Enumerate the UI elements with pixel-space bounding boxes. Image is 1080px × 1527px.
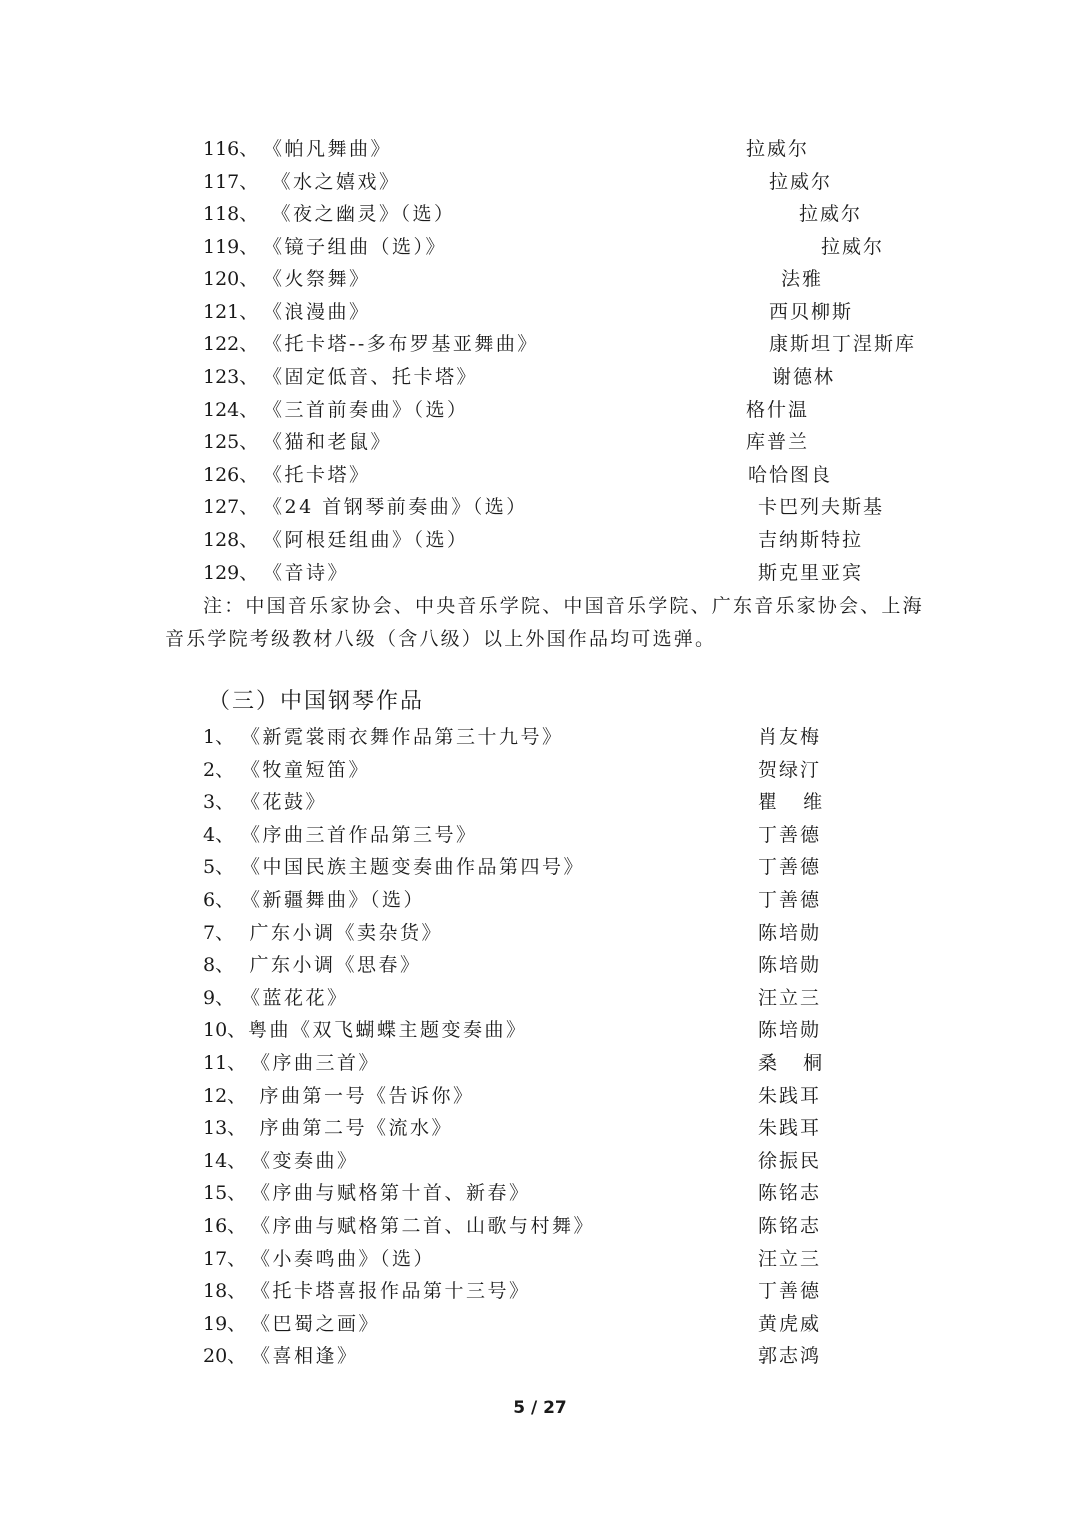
- work-title: 广东小调《思春》: [241, 949, 422, 981]
- work-title: 《猫和老鼠》: [263, 426, 392, 458]
- page-number: 5 / 27: [0, 1398, 1080, 1418]
- list-item: 6、 《新疆舞曲》（选） 丁善德: [203, 884, 239, 916]
- item-number: 15、: [203, 1177, 246, 1209]
- item-number: 118、: [203, 198, 258, 230]
- list-item: 12、 序曲第一号《告诉你》 朱践耳: [203, 1080, 239, 1112]
- composer-name: 丁善德: [758, 851, 821, 883]
- work-title: 《火祭舞》: [263, 263, 371, 295]
- composer-name: 格什温: [746, 394, 809, 426]
- composer-name: 卡巴列夫斯基: [758, 491, 884, 523]
- work-title: 《小奏鸣曲》（选）: [251, 1243, 435, 1275]
- work-title: 《镜子组曲（选）》: [263, 231, 447, 263]
- work-title: 序曲第二号《流水》: [251, 1112, 453, 1144]
- item-number: 120、: [203, 263, 258, 295]
- list-item: 15、 《序曲与赋格第十首、新春》 陈铭志: [203, 1177, 239, 1209]
- item-number: 4、: [203, 819, 234, 851]
- item-number: 119、: [203, 231, 258, 263]
- work-title: 《蓝花花》: [241, 982, 349, 1014]
- composer-name: 西贝柳斯: [769, 296, 853, 328]
- item-number: 117、: [203, 166, 258, 198]
- note-paragraph: 注：中国音乐家协会、中央音乐学院、中国音乐学院、广东音乐家协会、上海 音乐学院考…: [165, 590, 955, 656]
- list-item: 20、 《喜相逢》 郭志鸿: [203, 1340, 239, 1372]
- composer-name: 陈培勋: [758, 1014, 821, 1046]
- item-number: 125、: [203, 426, 258, 458]
- item-number: 8、: [203, 949, 234, 981]
- work-title: 《阿根廷组曲》（选）: [263, 524, 469, 556]
- item-number: 12、: [203, 1080, 246, 1112]
- work-title: 广东小调《卖杂货》: [241, 917, 443, 949]
- list-item: 14、 《变奏曲》 徐振民: [203, 1145, 239, 1177]
- item-number: 1、: [203, 721, 234, 753]
- list-item: 126、 《托卡塔》 哈恰图良: [203, 459, 239, 491]
- composer-name: 谢德林: [772, 361, 835, 393]
- list-item: 128、 《阿根廷组曲》（选） 吉纳斯特拉: [203, 524, 239, 556]
- composer-name: 法雅: [781, 263, 823, 295]
- work-title: 《固定低音、托卡塔》: [263, 361, 478, 393]
- work-title: 《新霓裳雨衣舞作品第三十九号》: [241, 721, 564, 753]
- list-item: 117、 《水之嬉戏》 拉威尔: [203, 166, 239, 198]
- item-number: 18、: [203, 1275, 246, 1307]
- list-item: 3、 《花鼓》 瞿 维: [203, 786, 239, 818]
- work-title: 《三首前奏曲》（选）: [263, 394, 469, 426]
- composer-name: 汪立三: [758, 1243, 821, 1275]
- composer-name: 拉威尔: [769, 166, 832, 198]
- list-item: 123、 《固定低音、托卡塔》 谢德林: [203, 361, 239, 393]
- item-number: 20、: [203, 1340, 246, 1372]
- item-number: 17、: [203, 1243, 246, 1275]
- work-title: 《新疆舞曲》（选）: [241, 884, 425, 916]
- item-number: 127、: [203, 491, 258, 523]
- composer-name: 拉威尔: [746, 133, 809, 165]
- work-title: 《序曲三首作品第三号》: [241, 819, 478, 851]
- composer-name: 丁善德: [758, 819, 821, 851]
- work-title: 《托卡塔喜报作品第十三号》: [251, 1275, 531, 1307]
- composer-name: 拉威尔: [821, 231, 884, 263]
- item-number: 9、: [203, 982, 234, 1014]
- item-number: 14、: [203, 1145, 246, 1177]
- work-title: 粤曲《双飞蝴蝶主题变奏曲》: [248, 1014, 528, 1046]
- composer-name: 斯克里亚宾: [758, 557, 863, 589]
- item-number: 2、: [203, 754, 234, 786]
- work-title: 《喜相逢》: [251, 1340, 359, 1372]
- composer-name: 丁善德: [758, 884, 821, 916]
- item-number: 6、: [203, 884, 234, 916]
- work-title: 《托卡塔》: [263, 459, 371, 491]
- item-number: 121、: [203, 296, 258, 328]
- list-item: 124、 《三首前奏曲》（选） 格什温: [203, 394, 239, 426]
- composer-name: 陈培勋: [758, 917, 821, 949]
- work-title: 《水之嬉戏》: [263, 166, 401, 198]
- work-title: 《夜之幽灵》（选）: [263, 198, 456, 230]
- composer-name: 汪立三: [758, 982, 821, 1014]
- list-item: 125、 《猫和老鼠》 库普兰: [203, 426, 239, 458]
- list-item: 127、 《24 首钢琴前奏曲》（选） 卡巴列夫斯基: [203, 491, 239, 523]
- composer-name: 库普兰: [746, 426, 809, 458]
- list-item: 122、 《托卡塔--多布罗基亚舞曲》 康斯坦丁涅斯库: [203, 328, 239, 360]
- list-item: 116、 《帕凡舞曲》 拉威尔: [203, 133, 239, 165]
- composer-name: 哈恰图良: [748, 459, 832, 491]
- composer-name: 桑 桐: [758, 1047, 824, 1079]
- section-heading: （三）中国钢琴作品: [208, 686, 424, 718]
- item-number: 5、: [203, 851, 234, 883]
- note-line-2: 音乐学院考级教材八级（含八级）以上外国作品均可选弹。: [165, 623, 955, 656]
- list-item: 8、 广东小调《思春》 陈培勋: [203, 949, 239, 981]
- item-number: 116、: [203, 133, 258, 165]
- composer-name: 郭志鸿: [758, 1340, 821, 1372]
- item-number: 124、: [203, 394, 258, 426]
- item-number: 7、: [203, 917, 234, 949]
- work-title: 《音诗》: [263, 557, 349, 589]
- item-number: 19、: [203, 1308, 246, 1340]
- item-number: 126、: [203, 459, 258, 491]
- work-title: 《巴蜀之画》: [251, 1308, 380, 1340]
- composer-name: 陈培勋: [758, 949, 821, 981]
- list-item: 129、 《音诗》 斯克里亚宾: [203, 557, 239, 589]
- item-number: 129、: [203, 557, 258, 589]
- list-item: 17、 《小奏鸣曲》（选） 汪立三: [203, 1243, 239, 1275]
- note-line-1: 注：中国音乐家协会、中央音乐学院、中国音乐学院、广东音乐家协会、上海: [165, 590, 955, 623]
- item-number: 16、: [203, 1210, 246, 1242]
- work-title: 《序曲三首》: [251, 1047, 380, 1079]
- list-item: 121、 《浪漫曲》 西贝柳斯: [203, 296, 239, 328]
- composer-name: 拉威尔: [799, 198, 862, 230]
- list-item: 4、 《序曲三首作品第三号》 丁善德: [203, 819, 239, 851]
- item-number: 13、: [203, 1112, 246, 1144]
- work-title: 《浪漫曲》: [263, 296, 371, 328]
- list-item: 11、 《序曲三首》 桑 桐: [203, 1047, 239, 1079]
- list-item: 2、 《牧童短笛》 贺绿汀: [203, 754, 239, 786]
- list-item: 16、 《序曲与赋格第二首、山歌与村舞》 陈铭志: [203, 1210, 239, 1242]
- composer-name: 丁善德: [758, 1275, 821, 1307]
- composer-name: 瞿 维: [758, 786, 824, 818]
- composer-name: 肖友梅: [758, 721, 821, 753]
- work-title: 《托卡塔--多布罗基亚舞曲》: [263, 328, 539, 360]
- composer-name: 朱践耳: [758, 1080, 821, 1112]
- item-number: 122、: [203, 328, 258, 360]
- list-item: 1、 《新霓裳雨衣舞作品第三十九号》 肖友梅: [203, 721, 239, 753]
- item-number: 3、: [203, 786, 234, 818]
- composer-name: 贺绿汀: [758, 754, 821, 786]
- work-title: 《帕凡舞曲》: [263, 133, 392, 165]
- composer-name: 黄虎威: [758, 1308, 821, 1340]
- work-title: 《序曲与赋格第二首、山歌与村舞》: [251, 1210, 595, 1242]
- list-item: 18、 《托卡塔喜报作品第十三号》 丁善德: [203, 1275, 239, 1307]
- composer-name: 陈铭志: [758, 1177, 821, 1209]
- item-number: 128、: [203, 524, 258, 556]
- composer-name: 朱践耳: [758, 1112, 821, 1144]
- composer-name: 陈铭志: [758, 1210, 821, 1242]
- list-item: 119、 《镜子组曲（选）》 拉威尔: [203, 231, 239, 263]
- list-item: 19、 《巴蜀之画》 黄虎威: [203, 1308, 239, 1340]
- list-item: 13、 序曲第二号《流水》 朱践耳: [203, 1112, 239, 1144]
- item-number: 10、: [203, 1014, 246, 1046]
- list-item: 10、 粤曲《双飞蝴蝶主题变奏曲》 陈培勋: [203, 1014, 239, 1046]
- composer-name: 吉纳斯特拉: [758, 524, 863, 556]
- composer-name: 徐振民: [758, 1145, 821, 1177]
- list-item: 7、 广东小调《卖杂货》 陈培勋: [203, 917, 239, 949]
- list-item: 120、 《火祭舞》 法雅: [203, 263, 239, 295]
- work-title: 序曲第一号《告诉你》: [251, 1080, 475, 1112]
- list-item: 118、 《夜之幽灵》（选） 拉威尔: [203, 198, 239, 230]
- work-title: 《变奏曲》: [251, 1145, 359, 1177]
- work-title: 《中国民族主题变奏曲作品第四号》: [241, 851, 585, 883]
- list-item: 9、 《蓝花花》 汪立三: [203, 982, 239, 1014]
- composer-name: 康斯坦丁涅斯库: [769, 328, 916, 360]
- work-title: 《花鼓》: [241, 786, 327, 818]
- item-number: 123、: [203, 361, 258, 393]
- list-item: 5、 《中国民族主题变奏曲作品第四号》 丁善德: [203, 851, 239, 883]
- work-title: 《序曲与赋格第十首、新春》: [251, 1177, 531, 1209]
- item-number: 11、: [203, 1047, 246, 1079]
- work-title: 《24 首钢琴前奏曲》（选）: [263, 491, 528, 523]
- work-title: 《牧童短笛》: [241, 754, 370, 786]
